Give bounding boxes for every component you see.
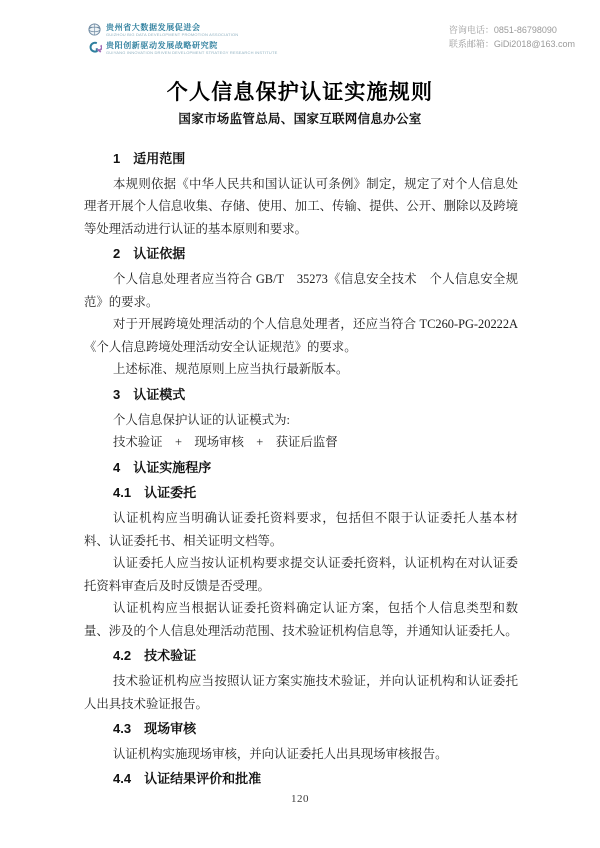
document-title: 个人信息保护认证实施规则 — [0, 80, 600, 104]
logo-institute-subtitle: GUIYANG INNOVATION DRIVEN DEVELOPMENT ST… — [106, 50, 277, 55]
contact-phone: 咨询电话：0851-86798090 — [449, 24, 575, 38]
logo-institute-text: 贵阳创新驱动发展战略研究院 GUIYANG INNOVATION DRIVEN … — [106, 41, 277, 55]
paragraph: 对于开展跨境处理活动的个人信息处理者，还应当符合 TC260-PG-20222A… — [84, 313, 518, 358]
paragraph: 认证机构实施现场审核，并向认证委托人出具现场审核报告。 — [84, 743, 518, 766]
logo-institute-name: 贵阳创新驱动发展战略研究院 — [106, 41, 277, 50]
logo-institute: 贵阳创新驱动发展战略研究院 GUIYANG INNOVATION DRIVEN … — [88, 41, 277, 55]
contact-info: 咨询电话：0851-86798090 联系邮箱：GiDi2018@163.com — [449, 24, 575, 51]
section-heading: 4 认证实施程序 — [84, 457, 518, 480]
gidi-logo-icon — [88, 41, 102, 54]
paragraph: 个人信息保护认证的认证模式为: — [84, 409, 518, 432]
contact-email: 联系邮箱：GiDi2018@163.com — [449, 38, 575, 52]
page-header: 贵州省大数据发展促进会 GUIZHOU BIG DATA DEVELOPMENT… — [0, 0, 600, 55]
paragraph: 认证机构应当根据认证委托资料确定认证方案，包括个人信息类型和数量、涉及的个人信息… — [84, 597, 518, 642]
section-heading: 4.1 认证委托 — [84, 482, 518, 505]
paragraph: 认证委托人应当按认证机构要求提交认证委托资料，认证机构在对认证委托资料审查后及时… — [84, 552, 518, 597]
section-heading: 2 认证依据 — [84, 243, 518, 266]
paragraph: 认证机构应当明确认证委托资料要求，包括但不限于认证委托人基本材料、认证委托书、相… — [84, 507, 518, 552]
paragraph: 个人信息处理者应当符合 GB/T 35273《信息安全技术 个人信息安全规范》的… — [84, 268, 518, 313]
section-heading: 4.3 现场审核 — [84, 718, 518, 741]
logo-association: 贵州省大数据发展促进会 GUIZHOU BIG DATA DEVELOPMENT… — [88, 23, 277, 37]
paragraph: 本规则依据《中华人民共和国认证认可条例》制定，规定了对个人信息处理者开展个人信息… — [84, 173, 518, 241]
document-subtitle: 国家市场监管总局、国家互联网信息办公室 — [0, 112, 600, 127]
paragraph: 技术验证机构应当按照认证方案实施技术验证，并向认证机构和认证委托人出具技术验证报… — [84, 670, 518, 715]
logo-association-subtitle: GUIZHOU BIG DATA DEVELOPMENT PROMOTION A… — [106, 32, 238, 37]
globe-badge-icon — [88, 23, 102, 36]
document-page: 贵州省大数据发展促进会 GUIZHOU BIG DATA DEVELOPMENT… — [0, 0, 600, 848]
logo-association-name: 贵州省大数据发展促进会 — [106, 23, 238, 32]
section-heading: 4.4 认证结果评价和批准 — [84, 768, 518, 791]
section-heading: 1 适用范围 — [84, 148, 518, 171]
page-number: 120 — [0, 793, 600, 805]
paragraph: 技术验证 + 现场审核 + 获证后监督 — [84, 431, 518, 454]
section-heading: 4.2 技术验证 — [84, 645, 518, 668]
document-body: 1 适用范围本规则依据《中华人民共和国认证认可条例》制定，规定了对个人信息处理者… — [84, 148, 518, 791]
paragraph: 上述标准、规范原则上应当执行最新版本。 — [84, 358, 518, 381]
section-heading: 3 认证模式 — [84, 384, 518, 407]
logo-block: 贵州省大数据发展促进会 GUIZHOU BIG DATA DEVELOPMENT… — [88, 23, 277, 55]
logo-association-text: 贵州省大数据发展促进会 GUIZHOU BIG DATA DEVELOPMENT… — [106, 23, 238, 37]
